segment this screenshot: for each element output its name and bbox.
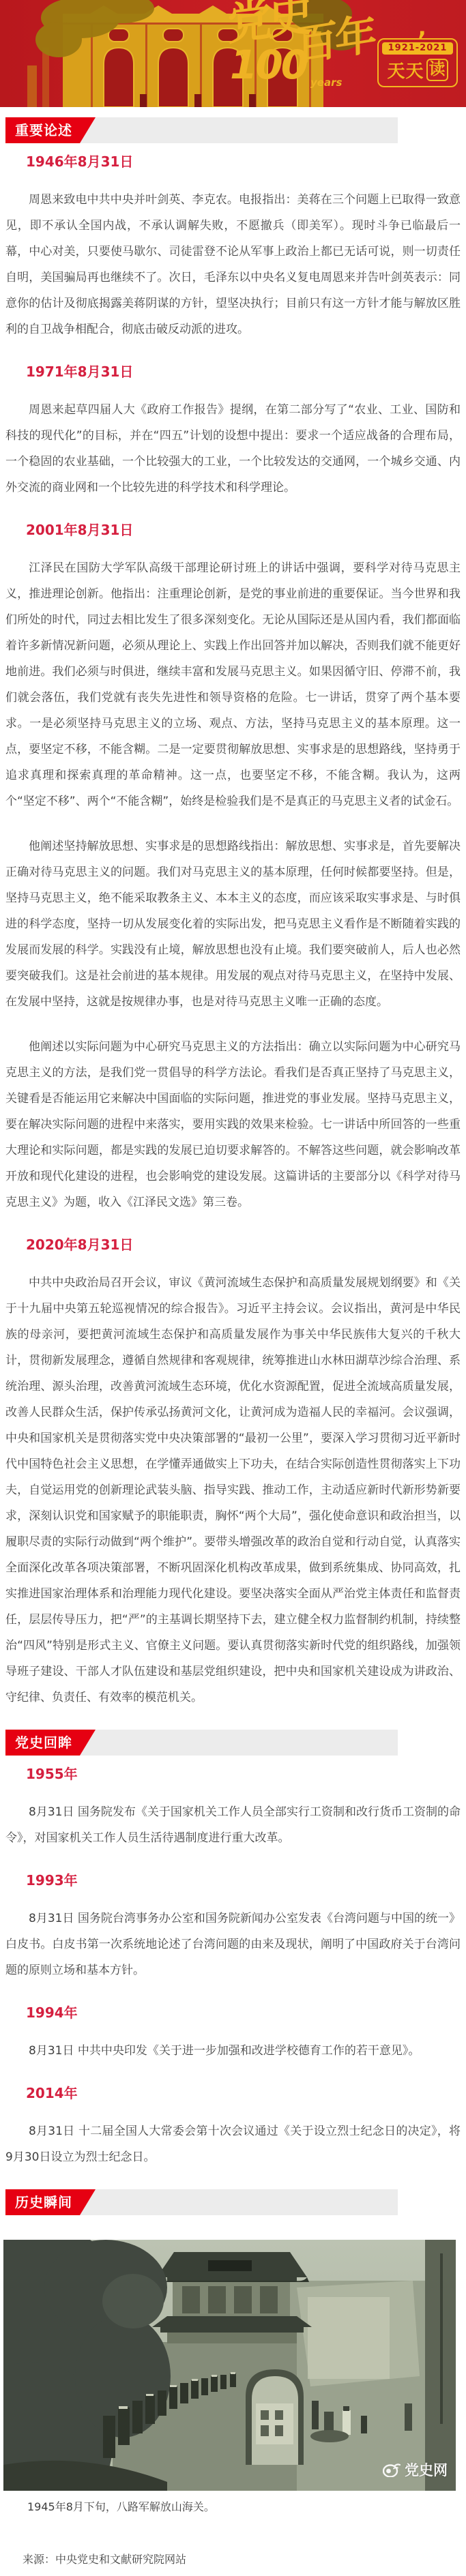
section-header-lunshu: 重要论述: [5, 117, 398, 143]
badge-tiantian: 天天: [387, 57, 424, 83]
photo-watermark: 党史网: [383, 2459, 448, 2480]
history-photo[interactable]: 党史网: [3, 2240, 456, 2491]
date-heading: 1946年8月31日: [5, 153, 461, 171]
source-line: 来源：中央党史和文献研究院网站: [0, 2551, 466, 2566]
photo-caption: 1945年8月下旬，八路军解放山海关。: [5, 2499, 461, 2515]
paragraph: 周恩来起草四届人大《政府工作报告》提纲，在第二部分写了“农业、工业、国防和科技的…: [5, 397, 461, 501]
banner-title-bainian: 百年: [295, 13, 375, 68]
badge-quote-mark: ’: [418, 29, 426, 52]
entry-1955: 1955年 8月31日 国务院发布《关于国家机关工作人员全部实行工资制和改行货币…: [5, 1765, 461, 1851]
date-heading: 1994年: [5, 2004, 461, 2022]
entry-1946: 1946年8月31日 周恩来致电中共中央并叶剑英、李克农。电报指出：美蒋在三个问…: [5, 153, 461, 342]
entry-2001: 2001年8月31日 江泽民在国防大学军队高级干部理论研讨班上的讲话中强调，要科…: [5, 521, 461, 1215]
photo-illustration: [3, 2240, 456, 2491]
section-lunshu-content: 1946年8月31日 周恩来致电中共中央并叶剑英、李克农。电报指出：美蒋在三个问…: [0, 153, 466, 1711]
entry-2014: 2014年 8月31日 十二届全国人大常委会第十次会议通过《关于设立烈士纪念日的…: [5, 2084, 461, 2170]
banner-title: 党史 100 years 百年 1921-2021 天天 读 ’: [215, 0, 466, 107]
badge-du: 读: [426, 59, 448, 81]
banner: 党史 100 years 百年 1921-2021 天天 读 ’: [0, 0, 466, 107]
paragraph: 8月31日 国务院台湾事务办公室和国务院新闻办公室发表《台湾问题与中国的统一》白…: [5, 1906, 461, 1983]
paragraph: 周恩来致电中共中央并叶剑英、李克农。电报指出：美蒋在三个问题上已取得一致意见，即…: [5, 187, 461, 342]
section-huimou-content: 1955年 8月31日 国务院发布《关于国家机关工作人员全部实行工资制和改行货币…: [0, 1765, 466, 2170]
banner-title-years: years: [310, 76, 342, 89]
paragraph: 8月31日 十二届全国人大常委会第十次会议通过《关于设立烈士纪念日的决定》，将9…: [5, 2118, 461, 2170]
article-page: 党史 100 years 百年 1921-2021 天天 读 ’ 重要论述 19…: [0, 0, 466, 2576]
banner-title-100: 100: [230, 45, 306, 85]
paragraph: 他阐述以实际问题为中心研究马克思主义的方法指出：确立以实际问题为中心研究马克思主…: [5, 1034, 461, 1215]
section-label-huimou: 党史回眸: [5, 1730, 96, 1756]
section-header-huimou: 党史回眸: [5, 1730, 398, 1756]
entry-1971: 1971年8月31日 周恩来起草四届人大《政府工作报告》提纲，在第二部分写了“农…: [5, 363, 461, 501]
date-heading: 1955年: [5, 1765, 461, 1783]
date-heading: 2020年8月31日: [5, 1236, 461, 1254]
paragraph: 他阐述坚持解放思想、实事求是的思想路线指出：解放思想、实事求是，首先要解决正确对…: [5, 833, 461, 1015]
paragraph: 8月31日 国务院发布《关于国家机关工作人员全部实行工资制和改行货币工资制的命令…: [5, 1799, 461, 1851]
weibo-icon: [383, 2462, 401, 2477]
entry-1993: 1993年 8月31日 国务院台湾事务办公室和国务院新闻办公室发表《台湾问题与中…: [5, 1871, 461, 1983]
section-label-lunshu: 重要论述: [5, 117, 96, 143]
entry-1994: 1994年 8月31日 中共中央印发《关于进一步加强和改进学校德育工作的若干意见…: [5, 2004, 461, 2064]
section-label-shunjian: 历史瞬间: [5, 2189, 96, 2215]
paragraph: 8月31日 中共中央印发《关于进一步加强和改进学校德育工作的若干意见》。: [5, 2038, 461, 2064]
date-heading: 1993年: [5, 1871, 461, 1889]
entry-2020: 2020年8月31日 中共中央政治局召开会议，审议《黄河流域生态保护和高质量发展…: [5, 1236, 461, 1711]
photo-watermark-text: 党史网: [405, 2459, 448, 2480]
date-heading: 1971年8月31日: [5, 363, 461, 381]
paragraph: 江泽民在国防大学军队高级干部理论研讨班上的讲话中强调，要科学对待马克思主义，推进…: [5, 555, 461, 814]
date-heading: 2014年: [5, 2084, 461, 2102]
section-header-shunjian: 历史瞬间: [5, 2189, 398, 2215]
paragraph: 中共中央政治局召开会议，审议《黄河流域生态保护和高质量发展规划纲要》和《关于十九…: [5, 1270, 461, 1711]
banner-badge: 1921-2021 天天 读 ’: [377, 38, 458, 87]
date-heading: 2001年8月31日: [5, 521, 461, 539]
